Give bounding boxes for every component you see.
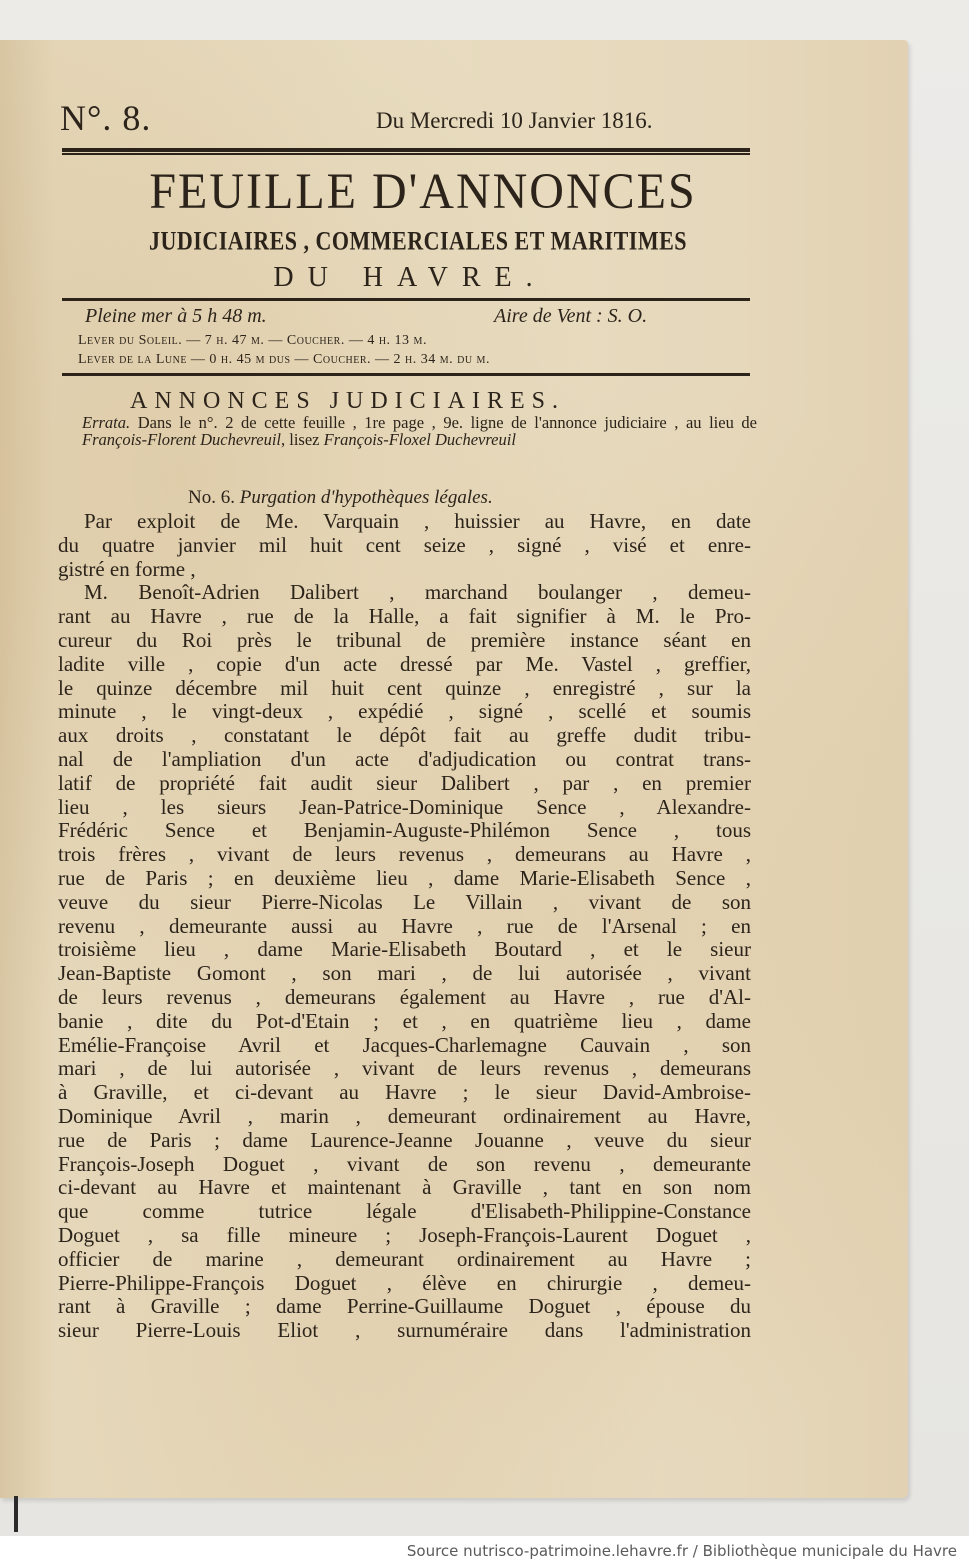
- body-line: à Graville, et ci-devant au Havre ; le s…: [58, 1081, 751, 1105]
- issue-number: N°. 8.: [60, 97, 151, 139]
- body-line: sieur Pierre-Louis Eliot , surnuméraire …: [58, 1319, 751, 1343]
- notice-title: Purgation d'hypothèques légales.: [240, 487, 493, 508]
- body-line: ci-devant au Havre et maintenant à Gravi…: [58, 1176, 751, 1200]
- body-line: Dominique Avril , marin , demeurant ordi…: [58, 1105, 751, 1129]
- body-line: minute , le vingt-deux , expédié , signé…: [58, 700, 751, 724]
- body-line: latif de propriété fait audit sieur Dali…: [58, 772, 751, 796]
- tide-info: Pleine mer à 5 h 48 m.: [85, 305, 267, 328]
- body-line: le quinze décembre mil huit cent quinze …: [58, 677, 751, 701]
- section-title: ANNONCES JUDICIAIRES.: [130, 388, 690, 415]
- sun-times: Lever du Soleil. — 7 h. 47 m. — Coucher.…: [78, 333, 427, 349]
- errata-notice: Errata. Dans le n°. 2 de cette feuille ,…: [82, 414, 757, 448]
- errata-wrong-name: François-Florent Duchevreuil: [82, 430, 281, 449]
- almanac-rule: [62, 373, 750, 376]
- masthead-rule-top: [62, 148, 750, 155]
- body-line: aux droits , constatant le dépôt fait au…: [58, 724, 751, 748]
- body-line: François-Joseph Doguet , vivant de son r…: [58, 1153, 751, 1177]
- body-line: lieu , les sieurs Jean-Patrice-Dominique…: [58, 796, 751, 820]
- body-line: du quatre janvier mil huit cent seize , …: [58, 534, 751, 558]
- moon-times: Lever de la Lune — 0 h. 45 m dus — Couch…: [78, 352, 490, 368]
- body-line: ladite ville , copie d'un acte dressé pa…: [58, 653, 751, 677]
- body-line: rant au Havre , rue de la Halle, a fait …: [58, 605, 751, 629]
- body-line: Pierre-Philippe-François Doguet , élève …: [58, 1272, 751, 1296]
- errata-text-2: , lisez: [281, 430, 324, 449]
- body-line: rue de Paris ; dame Laurence-Jeanne Joua…: [58, 1129, 751, 1153]
- body-line: que comme tutrice légale d'Elisabeth-Phi…: [58, 1200, 751, 1224]
- errata-correct-name: François-Floxel Duchevreuil: [324, 430, 516, 449]
- body-line: troisième lieu , dame Marie-Elisabeth Bo…: [58, 938, 751, 962]
- body-line: M. Benoît-Adrien Dalibert , marchand bou…: [58, 581, 751, 605]
- newspaper-city: DU HAVRE.: [230, 262, 590, 294]
- body-line: banie , dite du Pot-d'Etain ; et , en qu…: [58, 1010, 751, 1034]
- notice-body: Par exploit de Me. Varquain , huissier a…: [58, 510, 751, 1343]
- body-line: mari , de lui autorisée , vivant de leur…: [58, 1057, 751, 1081]
- newspaper-subtitle: JUDICIAIRES , COMMERCIALES ET MARITIMES: [58, 225, 778, 256]
- body-line: revenu , demeurante aussi au Havre , rue…: [58, 915, 751, 939]
- body-line: rant à Graville ; dame Perrine-Guillaume…: [58, 1295, 751, 1319]
- body-line: Frédéric Sence et Benjamin-Auguste-Philé…: [58, 819, 751, 843]
- newspaper-title: FEUILLE D'ANNONCES: [88, 167, 758, 217]
- footer-bar: Source nutrisco-patrimoine.lehavre.fr / …: [0, 1536, 969, 1566]
- body-line: gistré en forme ,: [58, 558, 751, 582]
- body-line: Emélie-Françoise Avril et Jacques-Charle…: [58, 1034, 751, 1058]
- body-line: Par exploit de Me. Varquain , huissier a…: [58, 510, 751, 534]
- notice-number: No. 6.: [188, 487, 235, 508]
- notice-heading: No. 6. Purgation d'hypothèques légales.: [188, 487, 493, 509]
- page-edge-shadow: [14, 1496, 18, 1532]
- source-credit: Source nutrisco-patrimoine.lehavre.fr / …: [407, 1542, 957, 1560]
- body-line: Doguet , sa fille mineure ; Joseph-Franç…: [58, 1224, 751, 1248]
- body-line: officier de marine , demeurant ordinaire…: [58, 1248, 751, 1272]
- body-line: cureur du Roi près le tribunal de premiè…: [58, 629, 751, 653]
- body-line: nal de l'ampliation d'un acte d'adjudica…: [58, 748, 751, 772]
- issue-date: Du Mercredi 10 Janvier 1816.: [376, 108, 653, 134]
- body-line: rue de Paris ; en deuxième lieu , dame M…: [58, 867, 751, 891]
- body-line: de leurs revenus , demeurans également a…: [58, 986, 751, 1010]
- body-line: veuve du sieur Pierre-Nicolas Le Villain…: [58, 891, 751, 915]
- masthead-rule-bottom: [62, 298, 750, 301]
- body-line: trois frères , vivant de leurs revenus ,…: [58, 843, 751, 867]
- wind-info: Aire de Vent : S. O.: [494, 305, 647, 328]
- body-line: Jean-Baptiste Gomont , son mari , de lui…: [58, 962, 751, 986]
